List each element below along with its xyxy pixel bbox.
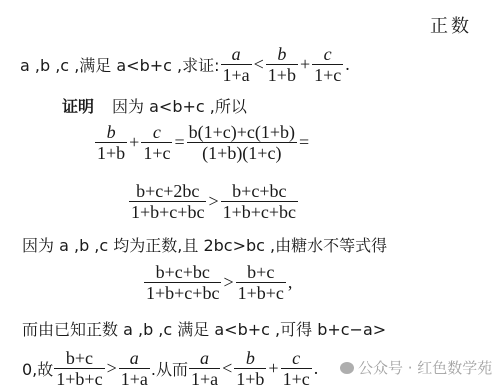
equation-2: b+c+2bc1+b+c+bc > b+c+bc1+b+c+bc (128, 181, 299, 222)
fraction-b: b1+b (266, 44, 298, 85)
conclusion-line: 0,故 b+c1+b+c > a1+a .从而 a1+a < b1+b + c1… (22, 348, 319, 389)
watermark: 公众号 · 红色数学苑 (340, 357, 492, 378)
fraction-c: c1+c (312, 44, 343, 85)
wechat-icon (340, 362, 354, 374)
problem-statement: a ,b ,c ,满足 a<b+c ,求证: a1+a < b1+b + c1+… (20, 44, 351, 85)
problem-prefix: a ,b ,c ,满足 a<b+c ,求证: (20, 53, 220, 76)
because-line: 因为 a ,b ,c 均为正数,且 2bc>bc ,由糖水不等式得 (22, 233, 387, 256)
header-text: 正数 (430, 12, 472, 38)
proof-text: 因为 a<b+c ,所以 (112, 94, 247, 117)
equation-3: b+c+bc1+b+c+bc > b+c1+b+c , (143, 262, 293, 303)
equation-1: b1+b + c1+c = b(1+c)+c(1+b)(1+b)(1+c) = (94, 122, 310, 163)
proof-label: 证明 (62, 94, 94, 117)
proof-line: 证明 因为 a<b+c ,所以 (62, 94, 247, 117)
fraction-a: a1+a (221, 44, 252, 85)
watermark-text: 公众号 · 红色数学苑 (358, 357, 492, 378)
known-line: 而由已知正数 a ,b ,c 满足 a<b+c ,可得 b+c−a> (22, 317, 386, 340)
